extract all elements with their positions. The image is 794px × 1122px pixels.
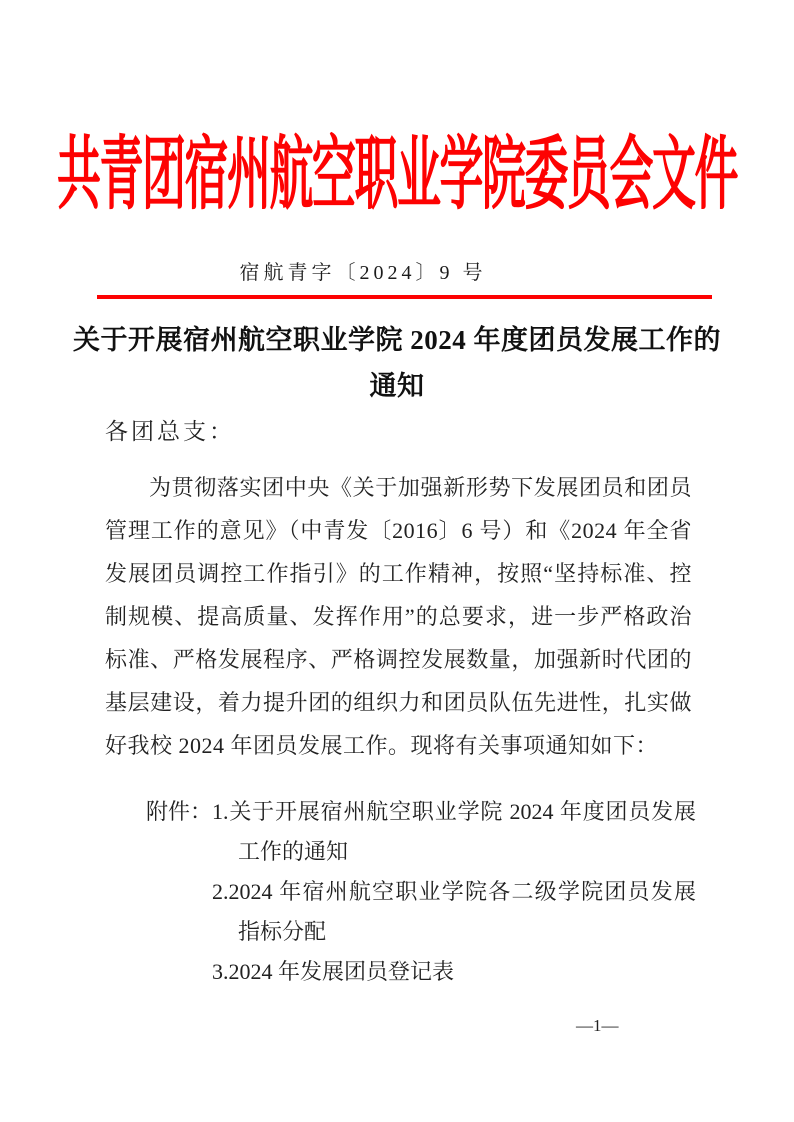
document-page: 共青团宿州航空职业学院委员会文件 宿航青字〔2024〕9 号 关于开展宿州航空职…	[0, 0, 794, 1122]
attachments-row: 附件： 1.关于开展宿州航空职业学院 2024 年度团员发展工作的通知 2.20…	[146, 792, 696, 992]
attachment-text: 2024 年宿州航空职业学院各二级学院团员发展指标分配	[229, 879, 696, 944]
red-header-banner-title: 共青团宿州航空职业学院委员会文件	[0, 134, 794, 218]
attachment-number: 1.	[212, 799, 229, 824]
attachments-label: 附件：	[146, 792, 212, 832]
attachment-text: 2024 年发展团员登记表	[229, 959, 455, 984]
page-number: —1—	[576, 1016, 619, 1036]
attachments-block: 附件： 1.关于开展宿州航空职业学院 2024 年度团员发展工作的通知 2.20…	[146, 792, 696, 992]
salutation: 各团总支：	[105, 419, 235, 445]
attachment-number: 3.	[212, 959, 229, 984]
attachment-text: 关于开展宿州航空职业学院 2024 年度团员发展工作的通知	[229, 799, 696, 864]
document-number: 宿航青字〔2024〕9 号	[0, 261, 726, 285]
notice-title-line1: 关于开展宿州航空职业学院 2024 年度团员发展工作的	[70, 317, 724, 363]
attachment-item: 3.2024 年发展团员登记表	[212, 952, 696, 992]
notice-title-line2: 通知	[70, 363, 724, 409]
notice-title: 关于开展宿州航空职业学院 2024 年度团员发展工作的 通知	[70, 317, 724, 409]
attachments-list: 1.关于开展宿州航空职业学院 2024 年度团员发展工作的通知 2.2024 年…	[212, 792, 696, 992]
attachment-number: 2.	[212, 879, 229, 904]
attachment-item: 1.关于开展宿州航空职业学院 2024 年度团员发展工作的通知	[212, 792, 696, 872]
attachment-item: 2.2024 年宿州航空职业学院各二级学院团员发展指标分配	[212, 872, 696, 952]
red-divider-rule	[97, 295, 712, 299]
body-paragraph: 为贯彻落实团中央《关于加强新形势下发展团员和团员管理工作的意见》（中青发〔201…	[105, 466, 692, 767]
